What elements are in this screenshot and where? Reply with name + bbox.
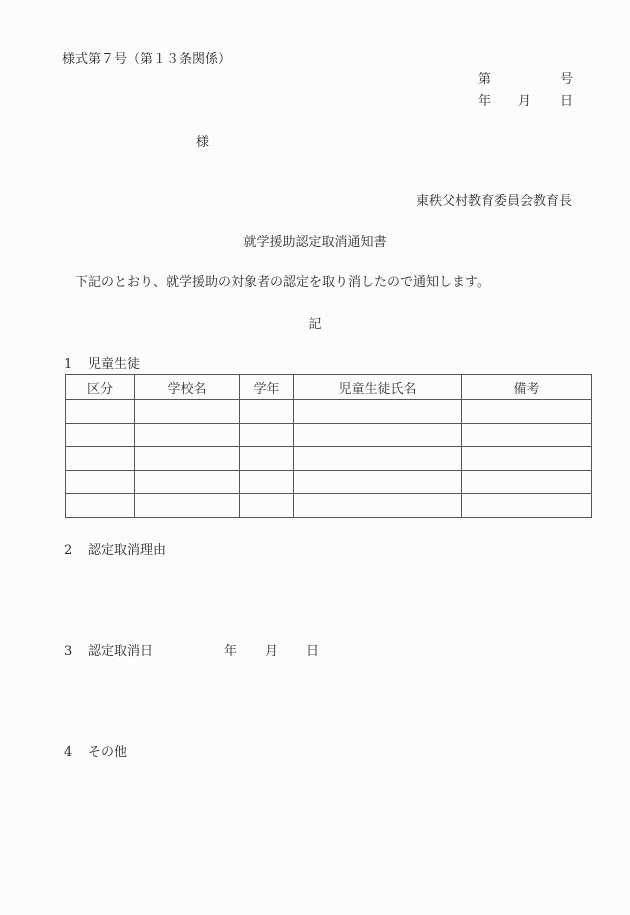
- cell-category[interactable]: [66, 447, 135, 471]
- cell-student-name[interactable]: [294, 423, 462, 447]
- cell-school-name[interactable]: [135, 494, 240, 518]
- document-title: 就学援助認定取消通知書: [0, 235, 630, 251]
- cell-student-name[interactable]: [294, 494, 462, 518]
- cell-school-name[interactable]: [135, 447, 240, 471]
- note-mark: 記: [0, 317, 630, 333]
- cell-grade[interactable]: [240, 494, 294, 518]
- header-grade: 学年: [240, 375, 294, 400]
- doc-number-prefix: 第: [478, 72, 491, 88]
- table-row: [66, 470, 592, 494]
- body-text: 下記のとおり、就学援助の対象者の認定を取り消したので通知します。: [75, 275, 490, 291]
- cancel-date-day: 日: [306, 644, 319, 660]
- students-table: 区分 学校名 学年 児童生徒氏名 備考: [65, 374, 592, 518]
- cell-category[interactable]: [66, 494, 135, 518]
- cell-school-name[interactable]: [135, 400, 240, 424]
- cell-remarks[interactable]: [462, 494, 592, 518]
- cell-remarks[interactable]: [462, 423, 592, 447]
- issuer: 東秩父村教育委員会教育長: [416, 194, 572, 210]
- table-row: [66, 423, 592, 447]
- cell-remarks[interactable]: [462, 470, 592, 494]
- cell-remarks[interactable]: [462, 447, 592, 471]
- section-label-other: その他: [88, 745, 127, 761]
- cell-grade[interactable]: [240, 470, 294, 494]
- header-remarks: 備考: [462, 375, 592, 400]
- section-number: 1: [64, 357, 72, 373]
- section-number: 2: [64, 543, 72, 559]
- section-number: 4: [64, 745, 72, 761]
- issue-date-year: 年: [478, 94, 491, 110]
- cell-student-name[interactable]: [294, 470, 462, 494]
- table-row: [66, 400, 592, 424]
- doc-number-suffix: 号: [560, 72, 573, 88]
- cell-grade[interactable]: [240, 423, 294, 447]
- table-row: [66, 494, 592, 518]
- form-id: 様式第７号（第１３条関係）: [62, 52, 231, 68]
- cell-category[interactable]: [66, 470, 135, 494]
- cell-school-name[interactable]: [135, 423, 240, 447]
- cell-school-name[interactable]: [135, 470, 240, 494]
- section-label-cancel-date: 認定取消日: [88, 644, 153, 660]
- header-category: 区分: [66, 375, 135, 400]
- issue-date-day: 日: [560, 94, 573, 110]
- cell-category[interactable]: [66, 423, 135, 447]
- section-number: 3: [64, 644, 72, 660]
- header-student-name: 児童生徒氏名: [294, 375, 462, 400]
- cancel-date-year: 年: [224, 644, 237, 660]
- cancel-date-month: 月: [265, 644, 278, 660]
- cell-category[interactable]: [66, 400, 135, 424]
- table-row: [66, 447, 592, 471]
- issue-date-month: 月: [518, 94, 531, 110]
- cell-student-name[interactable]: [294, 400, 462, 424]
- header-school-name: 学校名: [135, 375, 240, 400]
- recipient-honorific: 様: [196, 135, 209, 151]
- table-header-row: 区分 学校名 学年 児童生徒氏名 備考: [66, 375, 592, 400]
- cell-remarks[interactable]: [462, 400, 592, 424]
- section-label: 児童生徒: [88, 357, 140, 373]
- cell-student-name[interactable]: [294, 447, 462, 471]
- cell-grade[interactable]: [240, 447, 294, 471]
- cell-grade[interactable]: [240, 400, 294, 424]
- section-label-cancel-reason: 認定取消理由: [88, 543, 166, 559]
